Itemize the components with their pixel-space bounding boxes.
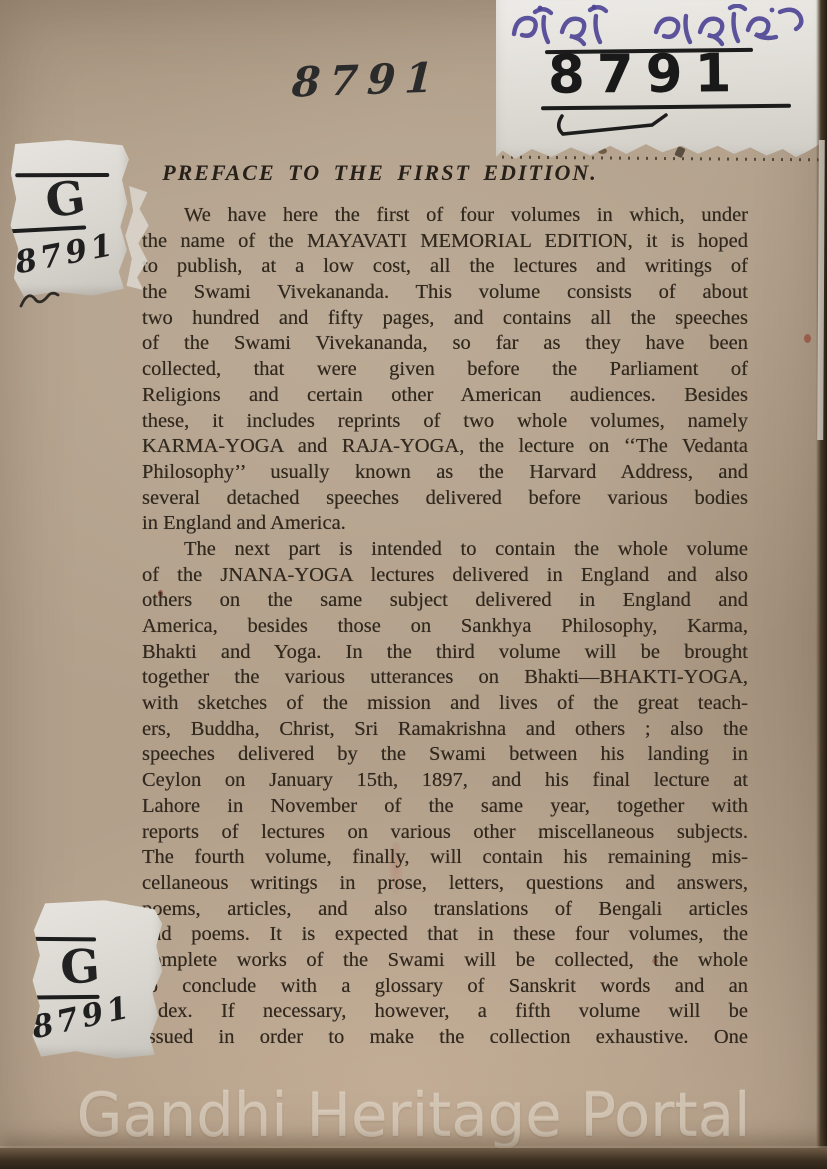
text-line: of the JNANA-YOGA lectures delivered in … [142,563,748,589]
text-line: The next part is intended to contain the… [142,537,748,563]
text-line: Religions and certain other American aud… [142,383,748,409]
text-line: several detached speeches delivered befo… [142,486,748,512]
text-line: Bhakti and Yoga. In the third volume wil… [142,640,748,666]
text-line: the name of the MAYAVATI MEMORIAL EDITIO… [142,229,748,255]
class-letter: G [59,938,102,994]
text-line: We have here the first of four volumes i… [142,203,748,229]
text-line: ers, Buddha, Christ, Sri Ramakrishna and… [142,717,748,743]
pen-squiggle [18,286,62,314]
scan-edge-bottom [0,1148,827,1169]
text-line: The fourth volume, finally, will contain… [142,845,748,871]
text-line: these, it includes reprints of two whole… [142,409,748,435]
text-line: poems, articles, and also translations o… [142,897,748,923]
stamp-number: 8791 [548,43,731,106]
text-line: America, besides those on Sankhya Philos… [142,614,748,640]
text-line: others on the same subject delivered in … [142,588,748,614]
paragraph-2: The next part is intended to contain the… [142,537,748,1051]
text-line: to publish, at a low cost, all the lectu… [142,254,748,280]
handwritten-accession-number: 8791 [291,53,444,106]
text-line: index. If necessary, however, a fifth vo… [142,999,748,1025]
text-line: together the various utterances on Bhakt… [142,665,748,691]
text-line: two hundred and fifty pages, and contain… [142,306,748,332]
text-line: reports of lectures on various other mis… [142,820,748,846]
text-line: complete works of the Swami will be coll… [142,948,748,974]
paragraph-1: We have here the first of four volumes i… [142,203,748,537]
scanned-page: PREFACE TO THE FIRST EDITION. We have he… [0,0,827,1169]
text-line: speeches delivered by the Swami between … [142,742,748,768]
text-line: cellaneous writings in prose, letters, q… [142,871,748,897]
class-letter: G [42,170,88,229]
spine-label-bottom: G 8791 [28,898,164,1059]
text-line: with sketches of the mission and lives o… [142,691,748,717]
text-line: in England and America. [142,511,748,537]
label-rule [8,225,86,233]
text-line: of the Swami Vivekananda, so far as they… [142,331,748,357]
ink-stain [804,334,811,343]
text-line: collected, that were given before the Pa… [142,357,748,383]
text-line: Lahore in November of the same year, tog… [142,794,748,820]
page-body: We have here the first of four volumes i… [142,203,748,1051]
text-line: and poems. It is expected that in these … [142,922,748,948]
text-line: to conclude with a glossary of Sanskrit … [142,974,748,1000]
text-line: the Swami Vivekananda. This volume consi… [142,280,748,306]
watermark: Gandhi Heritage Portal [12,1080,814,1151]
library-label: 8791 [496,0,822,162]
spine-label-top: G 8791 [7,139,132,297]
text-line: issued in order to make the collection e… [142,1025,748,1051]
text-line: Ceylon on January 15th, 1897, and his fi… [142,768,748,794]
pen-tick-mark [552,112,674,142]
text-line: KARMA-YOGA and RAJA-YOGA, the lecture on… [142,434,748,460]
label-number: 8791 [12,227,119,282]
text-line: Philosophy’’ usually known as the Harvar… [142,460,748,486]
